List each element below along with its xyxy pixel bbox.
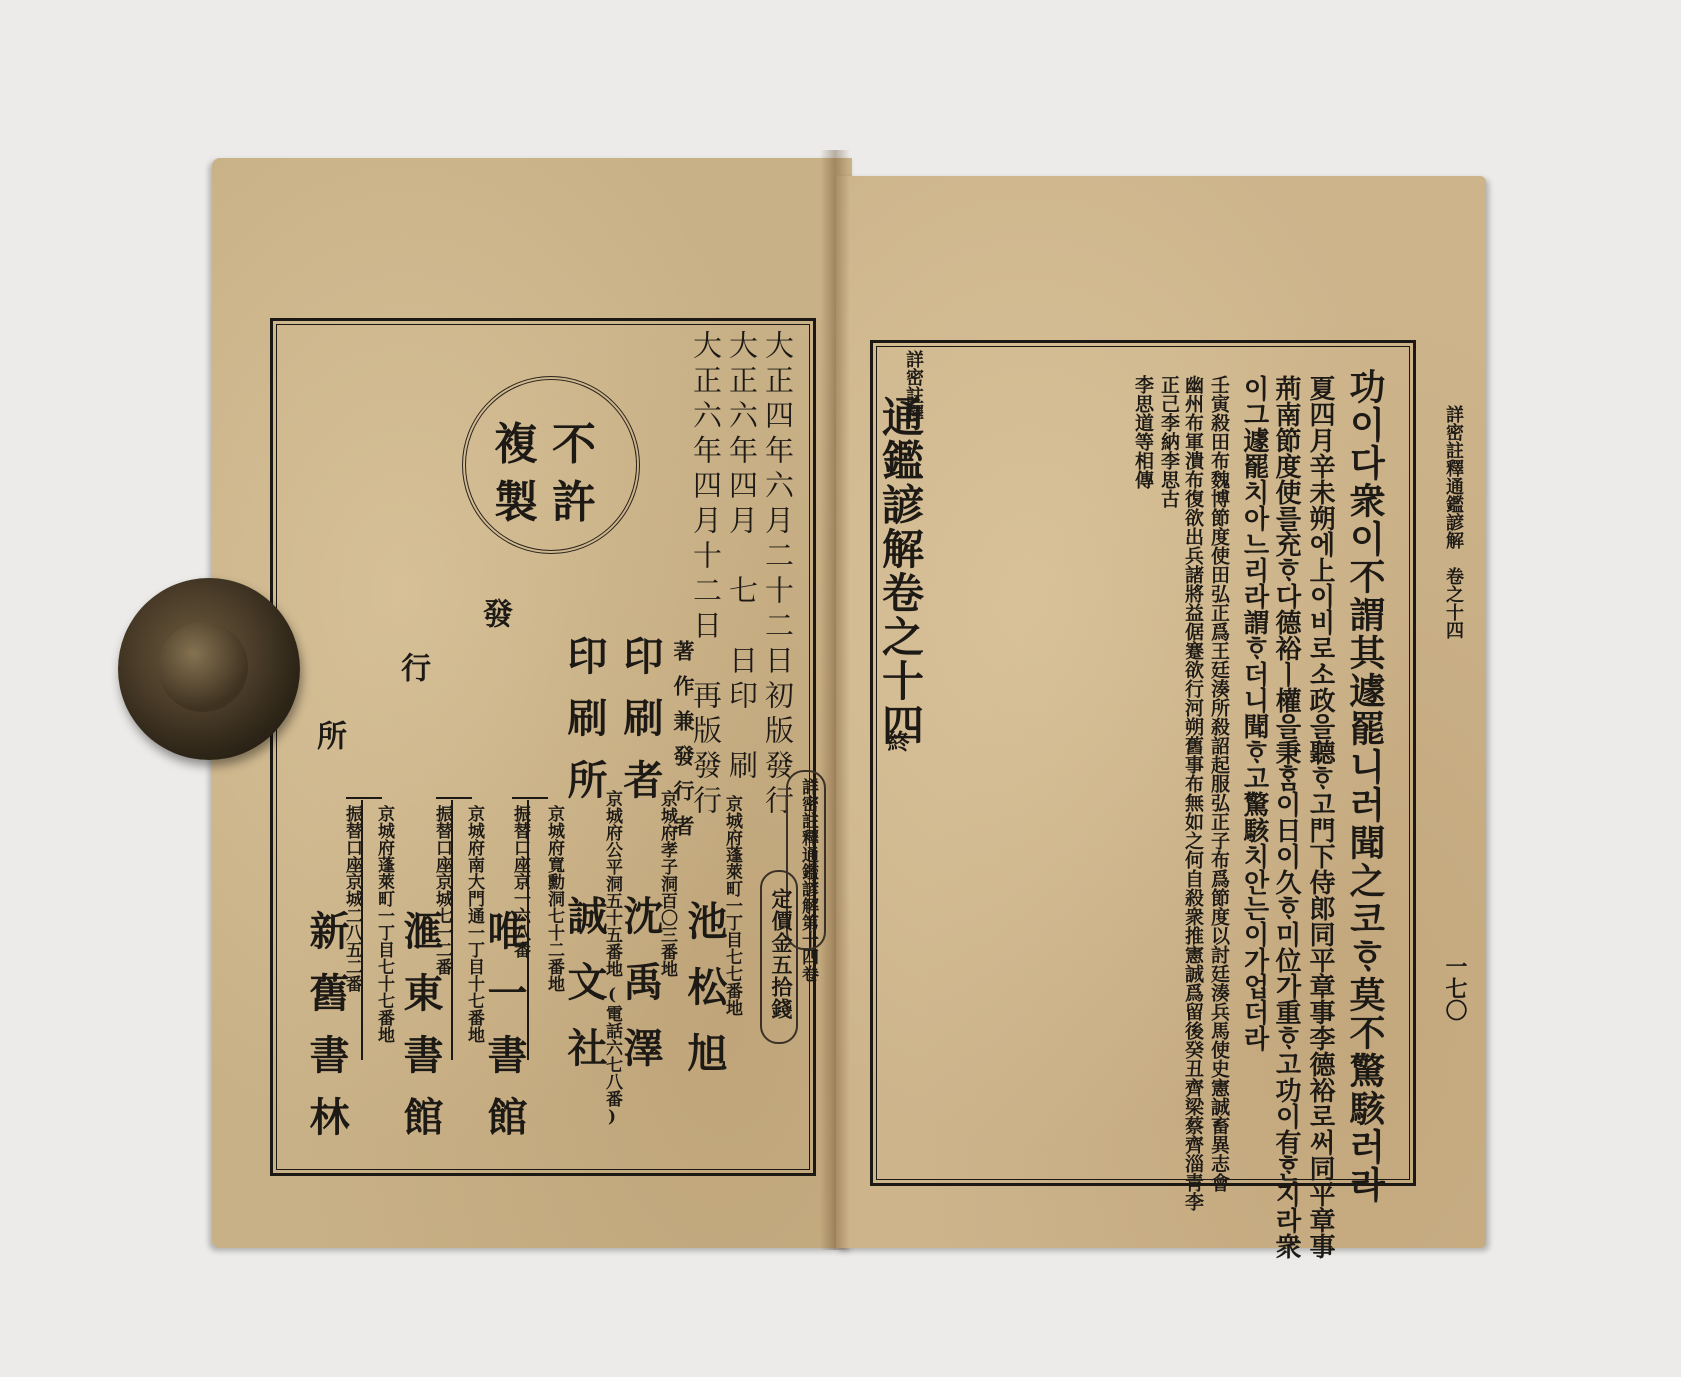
seal-char: 製: [494, 466, 538, 530]
page-number: 一七〇: [1440, 955, 1471, 1021]
no-reproduction-seal: 不 許 複 製: [462, 376, 640, 554]
seller-name: 新舊書林: [298, 910, 355, 1158]
body-line: 荊南節度使를充ᄒᆞ다德裕ㅣ權을秉ᄒᆞᆷ이日이久ᄒᆞ미位가重ᄒᆞ고功이有ᄒᆞᆫ지라…: [1268, 375, 1305, 1259]
brass-weight: [118, 578, 300, 760]
seller-name: 滙東書館: [392, 910, 449, 1158]
seal-char: 許: [552, 466, 596, 530]
body-line: 夏四月辛未朔에上이비로소政을聽ᄒᆞ고門下侍郎同平章事李德裕로써同平章事: [1302, 375, 1339, 1259]
price: 定價金五拾錢: [766, 888, 796, 1020]
seller-address: 京城府蓬萊町一丁目七十七番地: [372, 805, 397, 1043]
seal-char: 不: [552, 408, 596, 472]
seal-char: 複: [494, 408, 538, 472]
sales-label-char: 發: [472, 598, 516, 628]
author-name: 池松旭: [676, 900, 733, 1098]
note-line: 李思道等相傳: [1130, 375, 1157, 489]
note-line: 幽州布軍潰布復欲出兵諸將益倨蹇欲行河朔舊事布無如之何自殺衆推憲誠爲留後癸丑齊梁蔡…: [1180, 375, 1207, 1211]
second-edition-date: 大正六年四月十二日: [686, 330, 727, 645]
sales-label-char: 所: [306, 720, 350, 750]
print-date: 大正六年四月 七 日: [722, 330, 763, 680]
note-line: 正己李納李思古: [1156, 375, 1183, 508]
seller-address: 京城府南大門通一丁目十七番地: [462, 805, 487, 1043]
book-title-label: 詳密註釋通鑑諺解第十四卷: [796, 778, 821, 982]
sales-label-char: 行: [390, 652, 434, 682]
book-gutter: [820, 150, 850, 1250]
print-label: 印 刷: [722, 680, 763, 785]
end-mark: 終: [882, 730, 913, 752]
note-line: 壬寅殺田布魏博節度使田弘正爲王廷湊所殺詔起服弘正子布爲節度以討廷湊兵馬使史憲誠畜…: [1206, 375, 1233, 1192]
main-line: 功이다衆이不謂其遽罷니러聞之코ᄒᆞ莫不驚駭러라: [1340, 368, 1391, 1204]
volume-title: 通鑑諺解卷之十四: [870, 395, 930, 747]
body-line: 이그遽罷치아느리라謂ᄒᆞ더니聞ᄒᆞ고驚駭치안는이가업더라: [1236, 375, 1273, 1051]
running-head: 詳密註釋通鑑諺解 卷之十四: [1440, 405, 1466, 639]
first-edition-date: 大正四年六月二十二日: [758, 330, 799, 680]
seller-address: 京城府寬勳洞七十二番地: [542, 805, 567, 992]
weight-knob: [158, 622, 248, 712]
open-book: 大正四年六月二十二日 初版發行 大正六年四月 七 日 印 刷 大正六年四月十二日…: [0, 0, 1681, 1377]
